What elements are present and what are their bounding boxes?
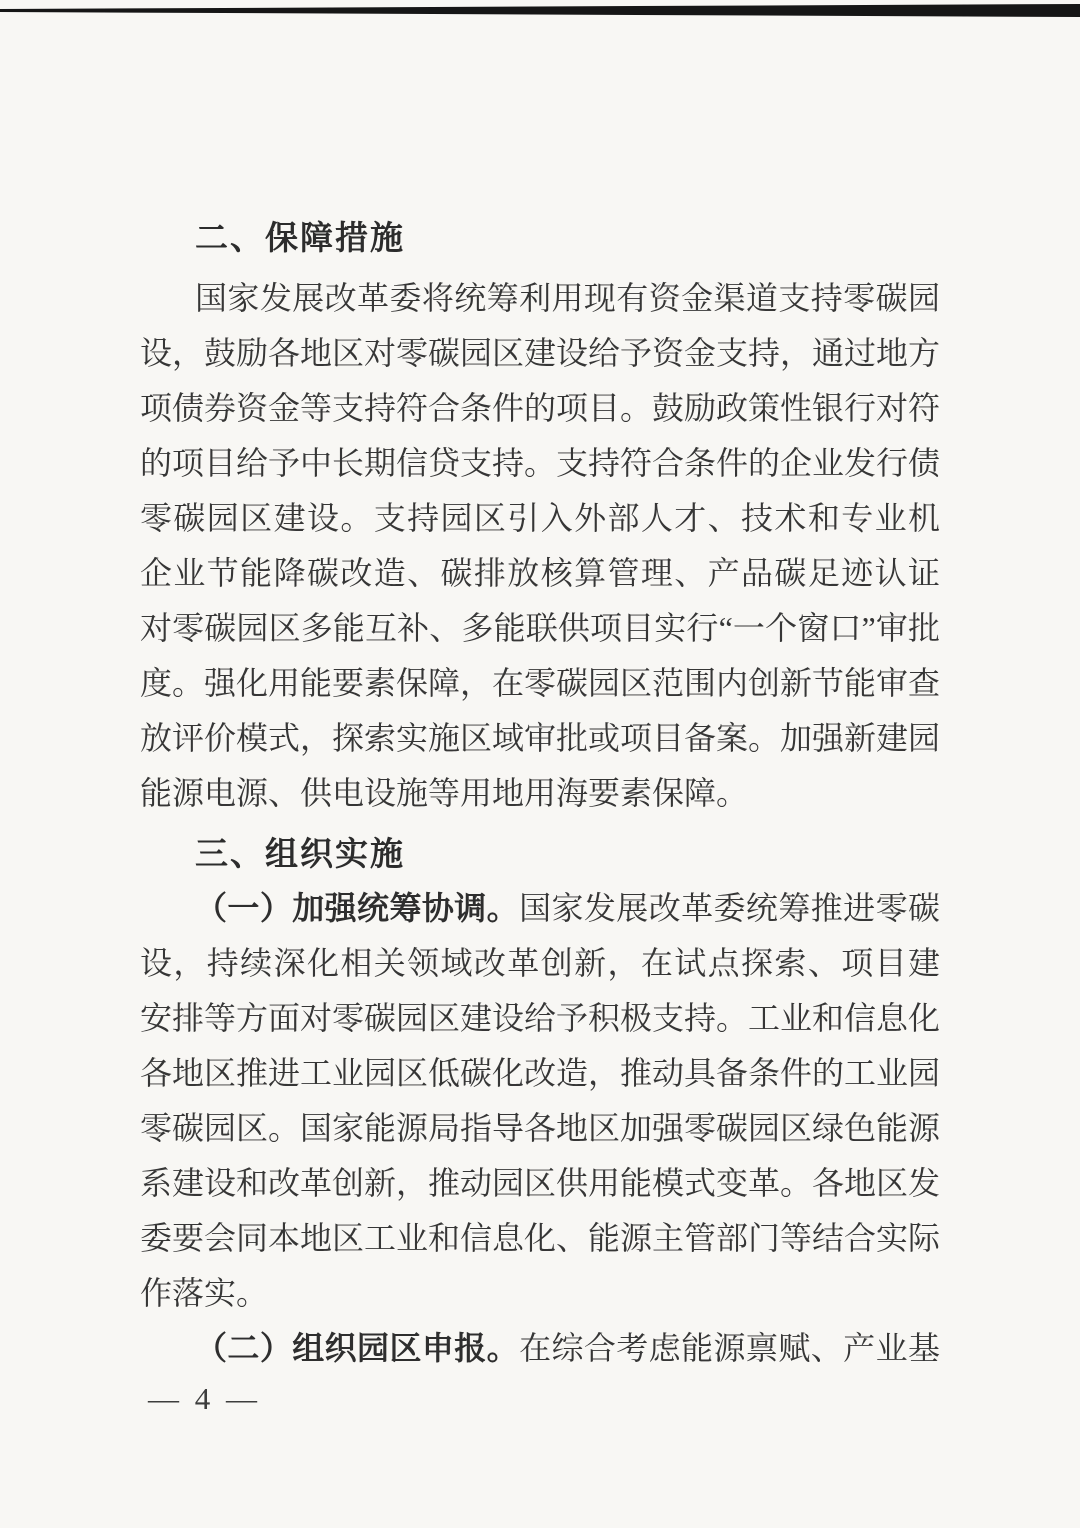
body-line: 安排等方面对零碳园区建设给予积极支持。工业和信息化部指导 bbox=[140, 991, 940, 1046]
body-line: 零碳园区建设。支持园区引入外部人才、技术和专业机构，服务 bbox=[140, 491, 940, 546]
body-line: 企业节能降碳改造、碳排放核算管理、产品碳足迹认证等。探索 bbox=[140, 546, 940, 601]
body-line: 度。强化用能要素保障，在零碳园区范围内创新节能审查和碳排 bbox=[140, 656, 940, 711]
page-number: — 4 — bbox=[148, 1381, 261, 1417]
body-line: （二）组织园区申报。在综合考虑能源禀赋、产业基础、电 bbox=[140, 1321, 940, 1376]
body-line: 零碳园区。国家能源局指导各地区加强零碳园区绿色能源供给体 bbox=[140, 1101, 940, 1156]
body-line: 委要会同本地区工业和信息化、能源主管部门等结合实际抓好工 bbox=[140, 1211, 940, 1266]
body-line: 作落实。 bbox=[140, 1266, 940, 1321]
paragraph-lead: （一）加强统筹协调。 bbox=[195, 890, 519, 926]
scan-edge-line bbox=[0, 0, 1080, 22]
body-line: 系建设和改革创新，推动园区供用能模式变革。各地区发展改革 bbox=[140, 1156, 940, 1211]
body-line: 各地区推进工业园区低碳化改造，推动具备条件的工业园区建设 bbox=[140, 1046, 940, 1101]
body-line: 设，持续深化相关领域改革创新，在试点探索、项目建设、资金 bbox=[140, 936, 940, 991]
body-line: 的项目给予中长期信贷支持。支持符合条件的企业发行债券用于 bbox=[140, 436, 940, 491]
body-line: 项债券资金等支持符合条件的项目。鼓励政策性银行对符合条件 bbox=[140, 381, 940, 436]
body-line: （一）加强统筹协调。国家发展改革委统筹推进零碳园区建 bbox=[140, 881, 940, 936]
document-body: 二、保障措施 国家发展改革委将统筹利用现有资金渠道支持零碳园区建 设，鼓励各地区… bbox=[140, 210, 940, 1376]
body-line: 设，鼓励各地区对零碳园区建设给予资金支持，通过地方政府专 bbox=[140, 326, 940, 381]
section-heading-safeguards: 二、保障措施 bbox=[140, 210, 940, 265]
section-heading-implementation: 三、组织实施 bbox=[140, 826, 940, 881]
body-line: 能源电源、供电设施等用地用海要素保障。 bbox=[140, 766, 940, 821]
paragraph-lead: （二）组织园区申报。 bbox=[195, 1330, 519, 1366]
body-line: 对零碳园区多能互补、多能联供项目实行“一个窗口”审批制 bbox=[140, 601, 940, 656]
body-line: 国家发展改革委将统筹利用现有资金渠道支持零碳园区建 bbox=[140, 271, 940, 326]
body-line: 放评价模式，探索实施区域审批或项目备案。加强新建园区、新 bbox=[140, 711, 940, 766]
